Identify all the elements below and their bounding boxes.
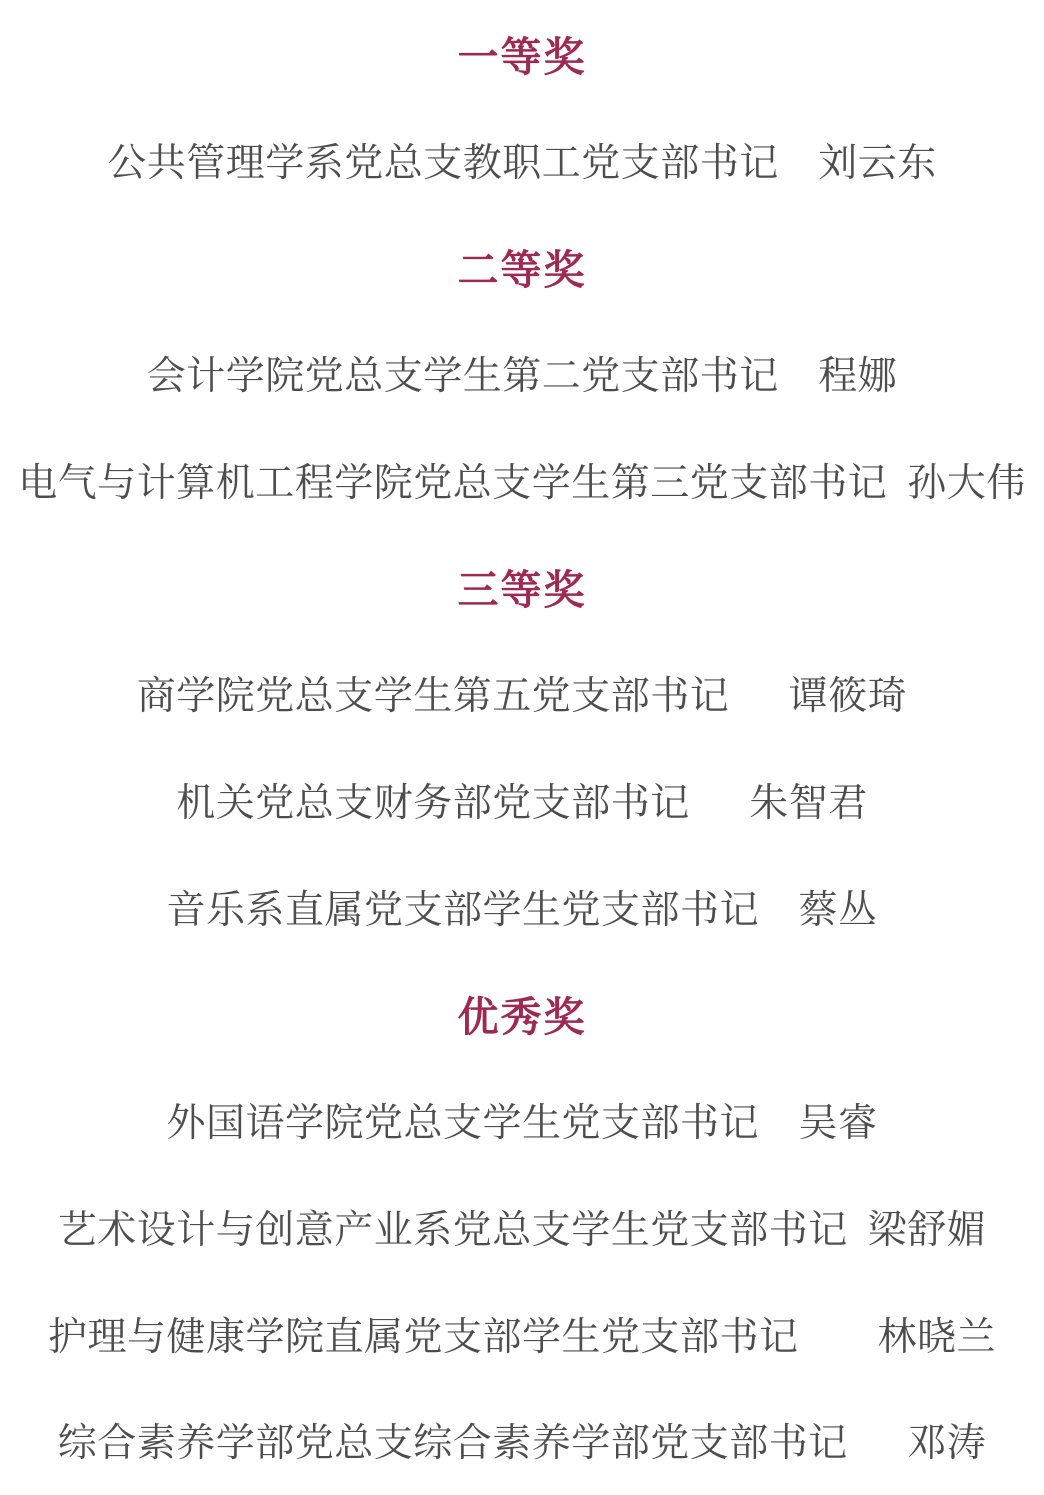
award-heading-excellence-prize: 优秀奖	[0, 960, 1044, 1067]
award-entry: 会计学院党总支学生第二党支部书记 程娜	[0, 320, 1044, 427]
award-heading-first-prize: 一等奖	[0, 0, 1044, 107]
award-entry: 商学院党总支学生第五党支部书记 谭筱琦	[0, 640, 1044, 747]
award-heading-third-prize: 三等奖	[0, 533, 1044, 640]
award-entry: 外国语学院党总支学生党支部书记 吴睿	[0, 1067, 1044, 1174]
award-entry: 公共管理学系党总支教职工党支部书记 刘云东	[0, 107, 1044, 214]
award-heading-second-prize: 二等奖	[0, 213, 1044, 320]
award-entry: 综合素养学部党总支综合素养学部党支部书记 邓涛	[0, 1387, 1044, 1494]
award-entry: 艺术设计与创意产业系党总支学生党支部书记 梁舒媚	[0, 1174, 1044, 1281]
award-entry: 音乐系直属党支部学生党支部书记 蔡丛	[0, 854, 1044, 961]
award-entry: 机关党总支财务部党支部书记 朱智君	[0, 747, 1044, 854]
award-entry: 电气与计算机工程学院党总支学生第三党支部书记 孙大伟	[0, 427, 1044, 534]
award-list-document: 一等奖 公共管理学系党总支教职工党支部书记 刘云东 二等奖 会计学院党总支学生第…	[0, 0, 1044, 1495]
award-entry: 护理与健康学院直属党支部学生党支部书记 林晓兰	[0, 1280, 1044, 1387]
